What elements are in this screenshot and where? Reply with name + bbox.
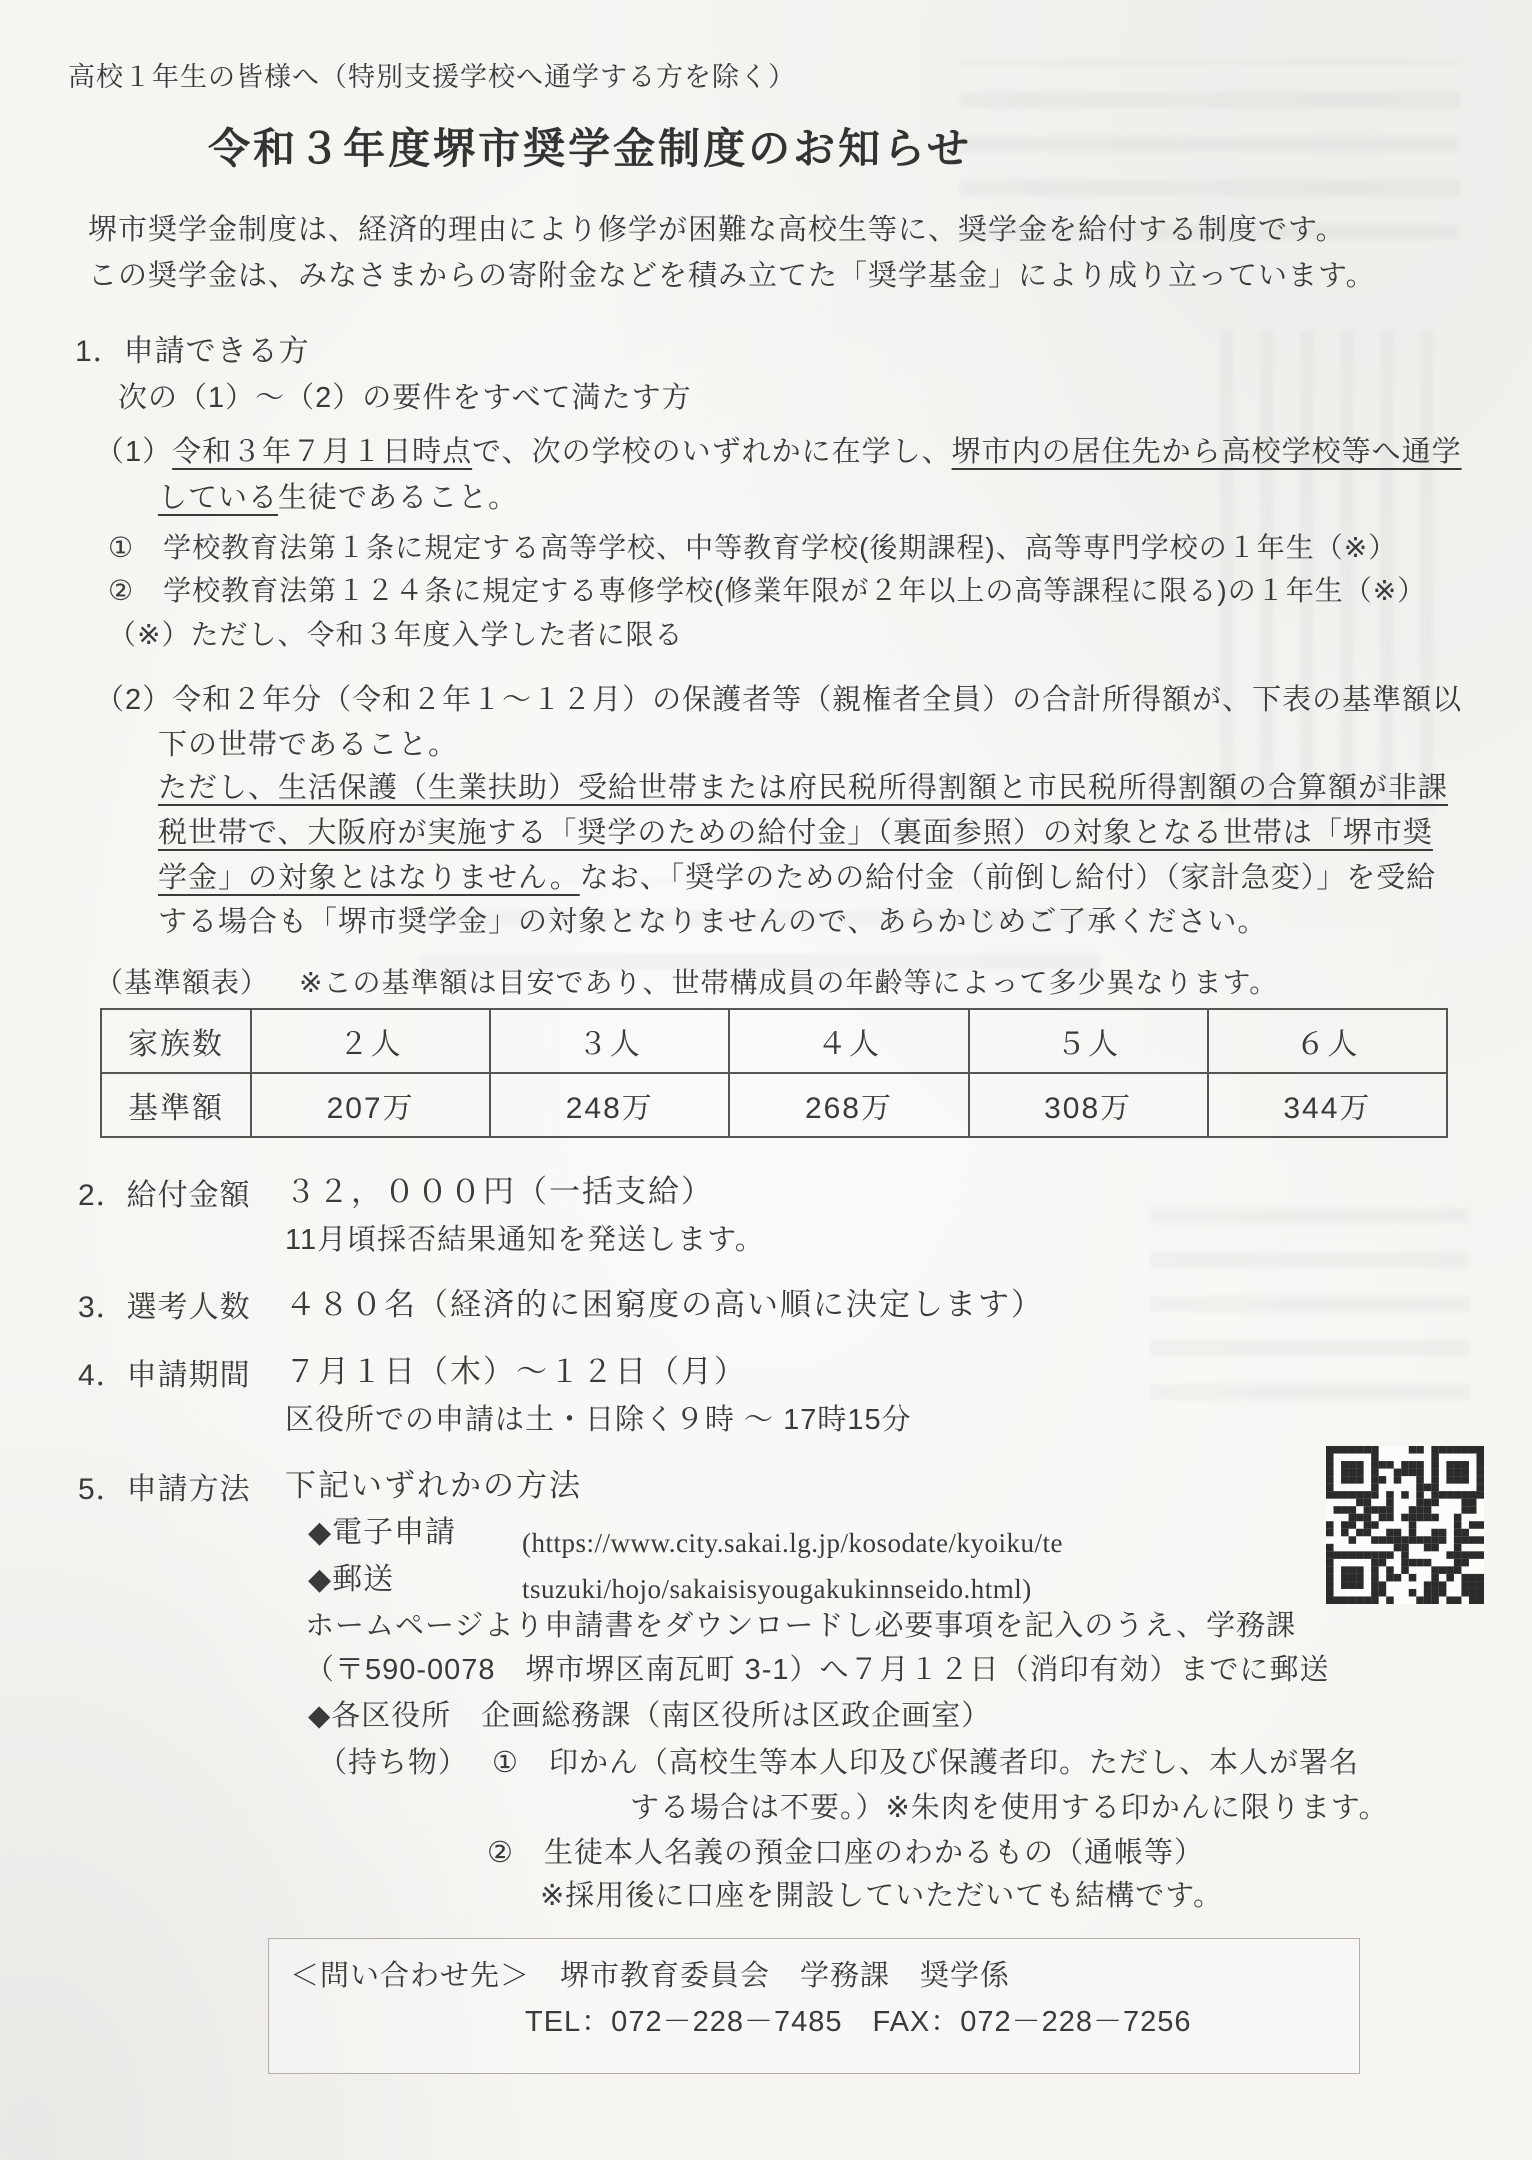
table-header-row: 家族数 ２人 ３人 ４人 ５人 ６人: [101, 1009, 1447, 1073]
table-header-cell: ５人: [969, 1009, 1208, 1073]
audience-note: 高校１年生の皆様へ（特別支援学校へ通学する方を除く）: [68, 60, 796, 95]
requirement1-prefix: （1）: [95, 436, 172, 468]
section2-heading: 2．給付金額: [78, 1176, 251, 1215]
section4-note: 区役所での申請は土・日除く９時 ～ 17時15分: [285, 1402, 912, 1440]
section3-heading: 3．選考人数: [78, 1288, 251, 1327]
section5-heading: 5．申請方法: [78, 1470, 251, 1509]
method-ward-office: ◆各区役所 企画総務課（南区役所は区政企画室）: [308, 1698, 991, 1736]
requirement1-line2: している生徒であること。: [158, 480, 518, 518]
bleedthrough-artifact: [1150, 1180, 1470, 1400]
table-header-cell: 家族数: [101, 1009, 251, 1073]
table-value-cell: 268万: [729, 1073, 968, 1137]
table-value-cell: 248万: [490, 1073, 729, 1137]
section4-value: ７月１日（木）～１２日（月）: [285, 1352, 747, 1392]
belongings-item2: ② 生徒本人名義の預金口座のわかるもの（通帳等）: [487, 1835, 1204, 1873]
table-header-cell: ６人: [1208, 1009, 1447, 1073]
section3-value: ４８０名（経済的に困窮度の高い順に決定します）: [285, 1285, 1044, 1325]
section2-note: 11月頃採否結果通知を発送します。: [285, 1222, 765, 1260]
requirement2-line5: 学金」の対象とはなりません。なお、「奨学のための給付金（前倒し給付）（家計急変）…: [158, 860, 1436, 898]
table-caption: （基準額表）※この基準額は目安であり、世帯構成員の年齢等によって多少異なります。: [95, 965, 1278, 1001]
mail-instruction-line2: （〒590-0078 堺市堺区南瓦町 3-1）へ７月１２日（消印有効）までに郵送: [305, 1652, 1330, 1690]
requirement1-commute-underlined: 堺市内の居住先から高校学校等へ通学: [952, 436, 1462, 468]
requirement1-line1: （1）令和３年７月１日時点で、次の学校のいずれかに在学し、堺市内の居住先から高校…: [95, 434, 1462, 472]
table-value-cell: 207万: [251, 1073, 490, 1137]
requirement2-line6: する場合も「堺市奨学金」の対象となりませんので、あらかじめご了承ください。: [158, 904, 1267, 942]
belongings-line1: （持ち物）① 印かん（高校生等本人印及び保護者印。ただし、本人が署名: [318, 1745, 1359, 1783]
belongings-item1-line1: ① 印かん（高校生等本人印及び保護者印。ただし、本人が署名: [468, 1745, 1359, 1783]
table-value-cell: 基準額: [101, 1073, 251, 1137]
section1-heading: 1．申請できる方: [75, 332, 310, 371]
requirement1-line2-underlined: している: [158, 482, 278, 514]
table-caption-label: （基準額表）: [95, 967, 269, 998]
requirement2-line5-underlined: 学金」の対象とはなりません。: [158, 862, 580, 894]
method-electronic: ◆電子申請: [308, 1513, 456, 1552]
table-header-cell: ４人: [729, 1009, 968, 1073]
requirement1-note: （※）ただし、令和３年度入学した者に限る: [108, 617, 683, 653]
table-header-cell: ２人: [251, 1009, 490, 1073]
intro-line: この奨学金は、みなさまからの寄附金などを積み立てた「奨学基金」により成り立ってい…: [88, 258, 1376, 296]
application-url-line1: (https://www.city.sakai.lg.jp/kosodate/k…: [522, 1526, 1063, 1561]
requirement2-line4-underlined: 税世帯で、大阪府が実施する「奨学のための給付金」（裏面参照）の対象となる世帯は「…: [158, 815, 1433, 853]
qr-code: [1326, 1446, 1484, 1604]
requirement2-line5-rest: なお、「奨学のための給付金（前倒し給付）（家計急変）」を受給: [580, 862, 1437, 894]
section2-value: ３２，０００円（一括支給）: [285, 1172, 714, 1212]
table-caption-note: ※この基準額は目安であり、世帯構成員の年齢等によって多少異なります。: [269, 965, 1278, 1001]
section4-heading: 4．申請期間: [78, 1356, 251, 1395]
requirement1-item1: ① 学校教育法第１条に規定する高等学校、中等教育学校(後期課程)、高等専門学校の…: [108, 530, 1397, 566]
contact-line1: ＜問い合わせ先＞ 堺市教育委員会 学務課 奨学係: [290, 1958, 1010, 1996]
intro-line: 堺市奨学金制度は、経済的理由により修学が困難な高校生等に、奨学金を給付する制度で…: [88, 212, 1346, 250]
standard-amount-table: 家族数 ２人 ３人 ４人 ５人 ６人 基準額 207万 248万 268万 30…: [100, 1008, 1448, 1138]
belongings-item1-line2: する場合は不要。）※朱肉を使用する印かんに限ります。: [630, 1790, 1388, 1828]
table-value-cell: 308万: [969, 1073, 1208, 1137]
table-header-cell: ３人: [490, 1009, 729, 1073]
requirement2-line2: 下の世帯であること。: [158, 727, 458, 765]
belongings-label: （持ち物）: [318, 1747, 468, 1779]
requirement1-line2-rest: 生徒であること。: [278, 482, 518, 514]
application-url-line2: tsuzuki/hojo/sakaisisyougakukinnseido.ht…: [522, 1572, 1032, 1607]
method-mail: ◆郵送: [308, 1560, 394, 1599]
requirement1-item2: ② 学校教育法第１２４条に規定する専修学校(修業年限が２年以上の高等課程に限る)…: [108, 573, 1426, 609]
section5-value: 下記いずれかの方法: [285, 1466, 582, 1506]
scanned-notice-page: 高校１年生の皆様へ（特別支援学校へ通学する方を除く） 令和３年度堺市奨学金制度の…: [0, 0, 1532, 2160]
contact-line2: TEL：072－228－7485 FAX：072－228－7256: [525, 2004, 1192, 2042]
page-title: 令和３年度堺市奨学金制度のお知らせ: [0, 122, 1180, 177]
table-value-row: 基準額 207万 248万 268万 308万 344万: [101, 1073, 1447, 1137]
requirement2-line3-underlined: ただし、生活保護（生業扶助）受給世帯または府民税所得割額と市民税所得割額の合算額…: [158, 770, 1448, 808]
requirement1-date-underlined: 令和３年７月１日時点: [172, 436, 472, 468]
requirement2-line1: （2）令和２年分（令和２年１～１２月）の保護者等（親権者全員）の合計所得額が、下…: [95, 682, 1462, 720]
requirement1-mid: で、次の学校のいずれかに在学し、: [472, 436, 951, 468]
table-value-cell: 344万: [1208, 1073, 1447, 1137]
belongings-item2-note: ※採用後に口座を開設していただいても結構です。: [540, 1878, 1223, 1916]
mail-instruction-line1: ホームページより申請書をダウンロードし必要事項を記入のうえ、学務課: [305, 1608, 1296, 1646]
section1-subheading: 次の（1）～（2）の要件をすべて満たす方: [118, 380, 692, 418]
bleedthrough-artifact: [1220, 330, 1460, 810]
